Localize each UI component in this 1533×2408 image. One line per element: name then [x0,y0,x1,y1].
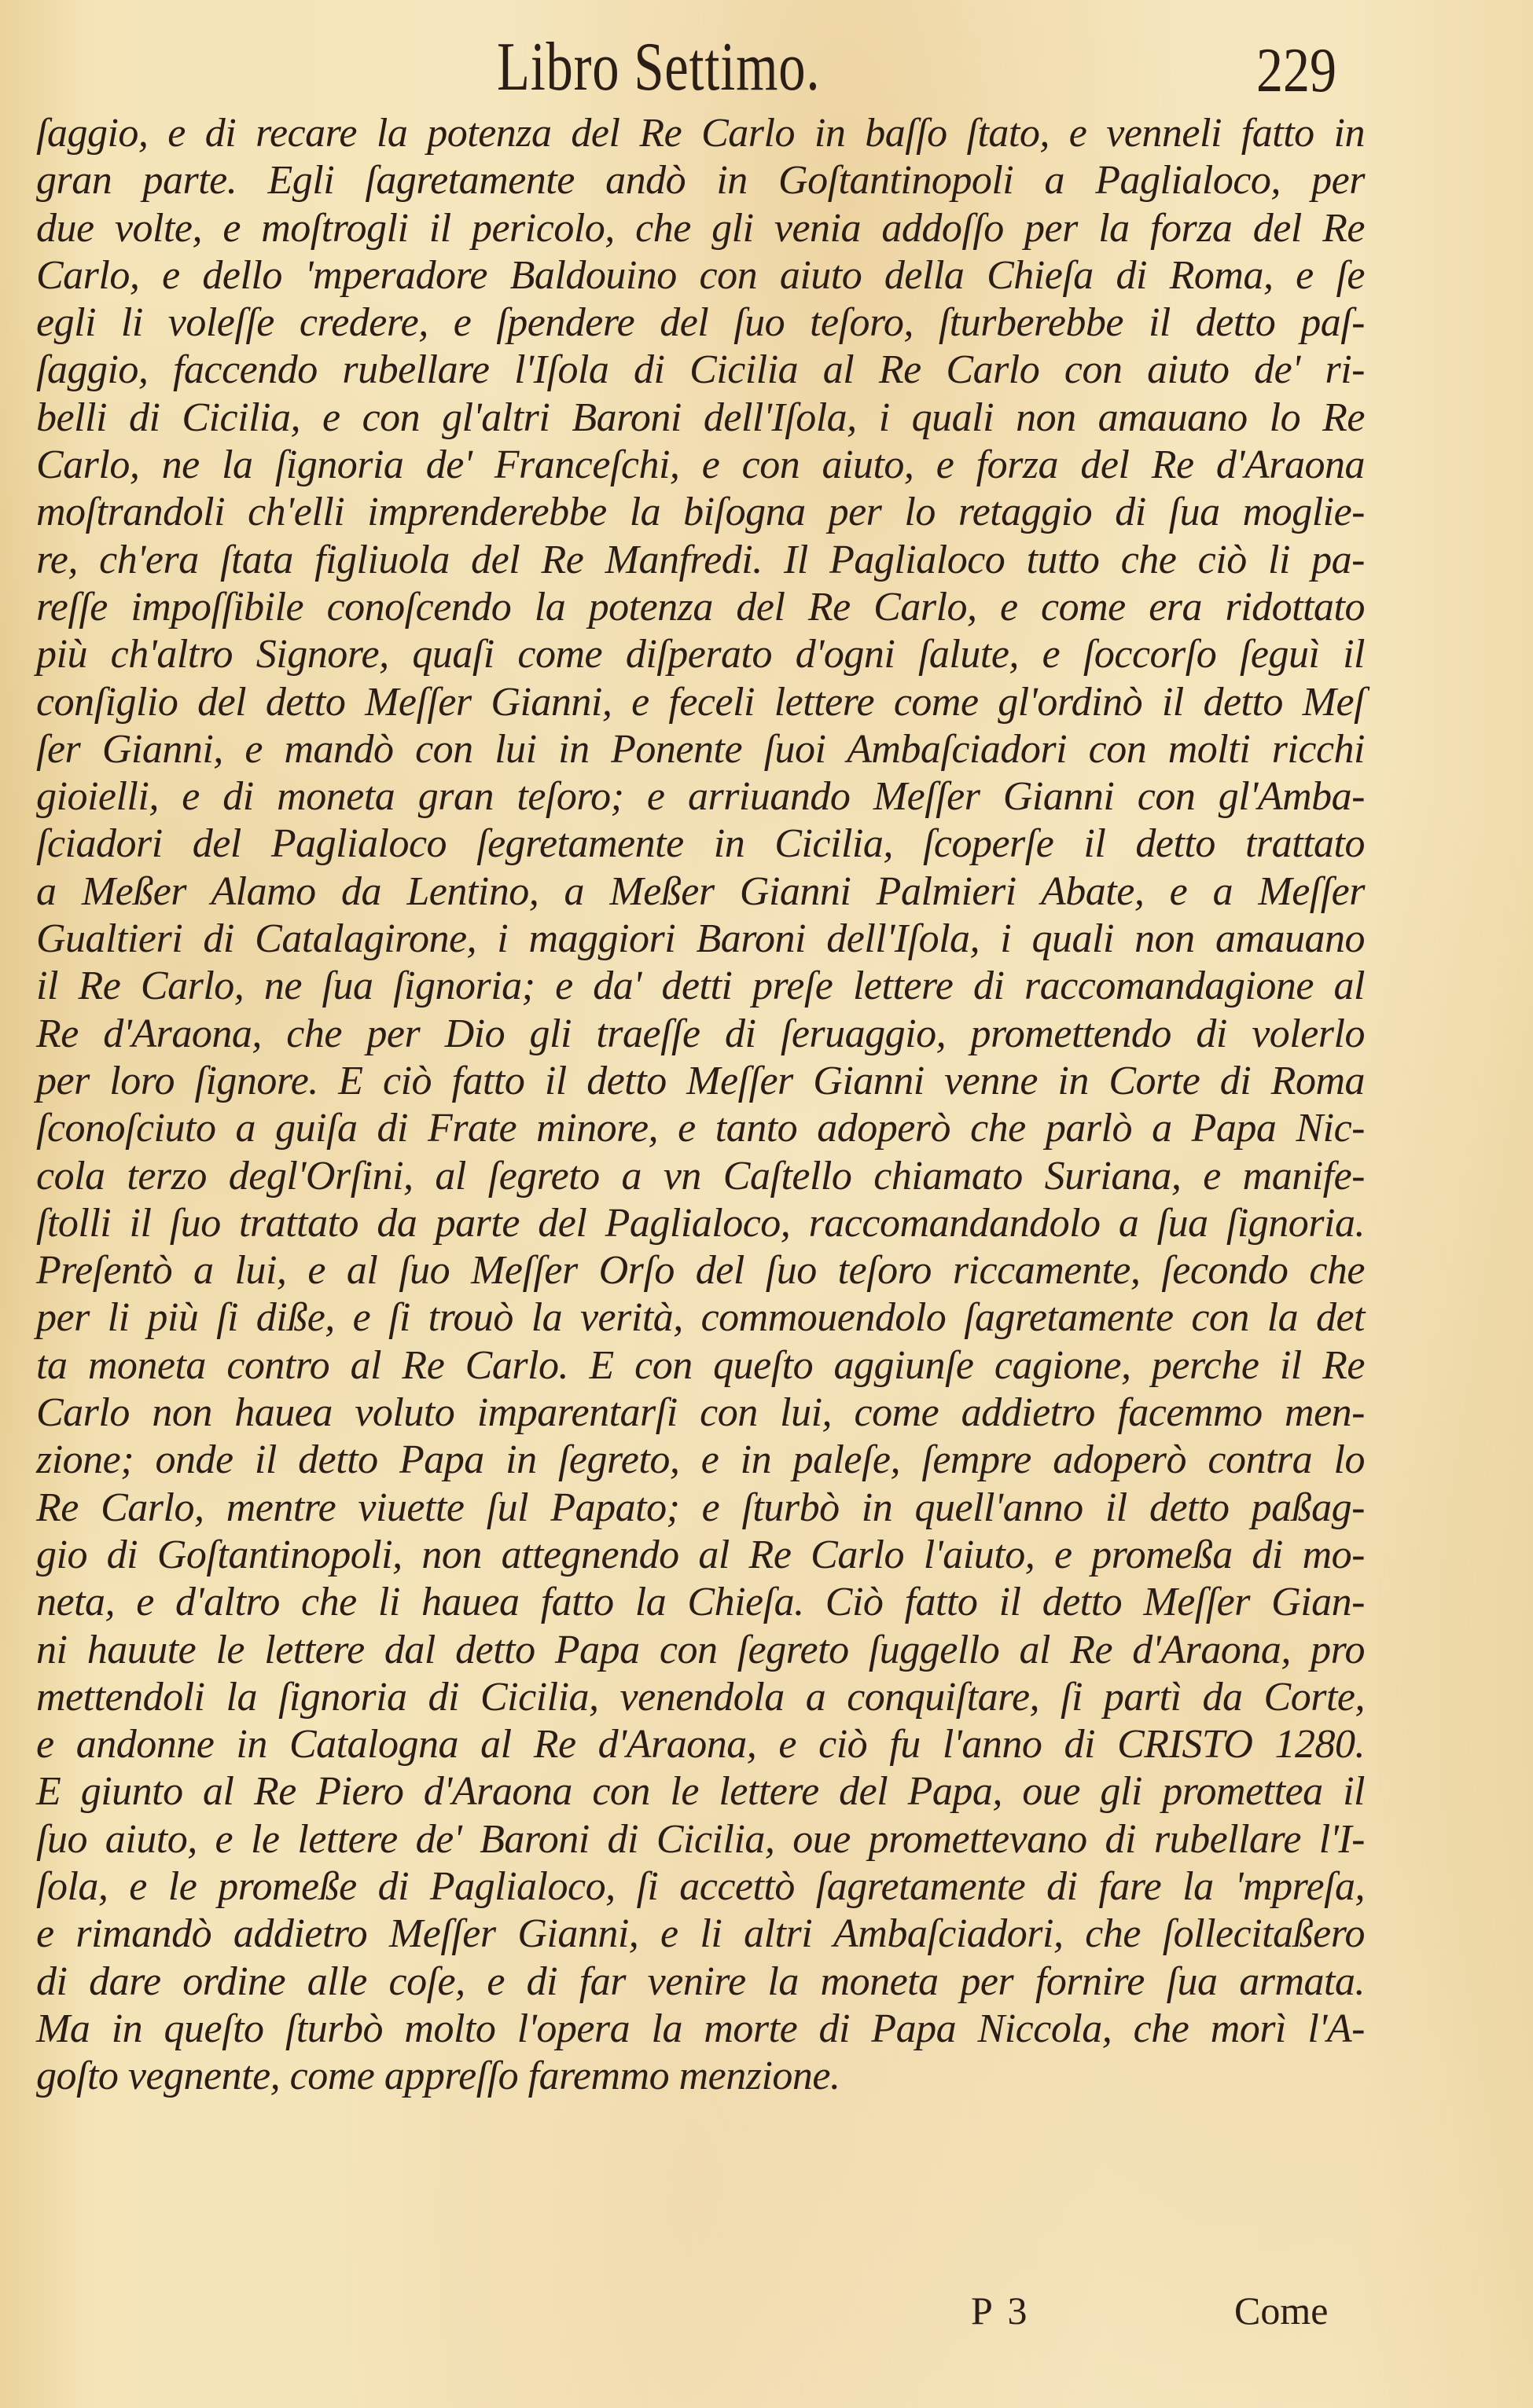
signature-mark: P 3 [971,2283,1030,2338]
text-line: per li più ſi diße, e ſi trouò la verità… [36,1294,1365,1342]
text-line: zione; onde il detto Papa in ſegreto, e … [36,1437,1365,1484]
text-line: gran parte. Egli ſagretamente andò in Go… [36,157,1365,204]
text-line: ta moneta contro al Re Carlo. E con queſ… [36,1342,1365,1389]
text-line: neta, e d'altro che li hauea fatto la Ch… [36,1579,1365,1626]
text-line: due volte, e moſtrogli il pericolo, che … [36,205,1365,252]
text-line: e andonne in Catalogna al Re d'Araona, e… [36,1721,1365,1768]
text-line: gio di Goſtantinopoli, non attegnendo al… [36,1532,1365,1579]
running-head: Libro Settimo. 229 [0,24,1533,110]
page-number: 229 [1256,31,1336,110]
text-line: Re Carlo, mentre viuette ſul Papato; e ſ… [36,1485,1365,1532]
text-line: ſaggio, faccendo rubellare l'Iſola di Ci… [36,347,1365,394]
text-line: Carlo, e dello 'mperadore Baldouino con … [36,252,1365,299]
text-line: Carlo non hauea voluto imparentarſi con … [36,1389,1365,1437]
text-line: gioielli, e di moneta gran teſoro; e arr… [36,773,1365,820]
page-footer: P 3 Come [0,2283,1533,2346]
text-line: Carlo, ne la ſignoria de' Franceſchi, e … [36,442,1365,489]
text-line: ſer Gianni, e mandò con lui in Ponente ſ… [36,726,1365,773]
text-line: a Meßer Alamo da Lentino, a Meßer Gianni… [36,868,1365,916]
book-page: Libro Settimo. 229 ſaggio, e di recare l… [0,0,1533,2408]
text-line: moſtrandoli ch'elli imprenderebbe la biſ… [36,489,1365,536]
text-line-final: goſto vegnente, come appreſſo faremmo me… [36,2053,1365,2100]
body-text: ſaggio, e di recare la potenza del Re Ca… [36,110,1365,2100]
text-line: ſola, e le promeße di Paglialoco, ſi acc… [36,1863,1365,1911]
text-line: per loro ſignore. E ciò fatto il detto M… [36,1058,1365,1105]
catchword: Come [1234,2283,1328,2338]
text-line: più ch'altro Signore, quaſi come diſpera… [36,631,1365,678]
text-line: Re d'Araona, che per Dio gli traeſſe di … [36,1011,1365,1058]
text-line: il Re Carlo, ne ſua ſignoria; e da' dett… [36,963,1365,1010]
chapter-title: Libro Settimo. [497,28,820,107]
text-line: belli di Cicilia, e con gl'altri Baroni … [36,395,1365,442]
text-line: ſconoſciuto a guiſa di Frate minore, e t… [36,1105,1365,1152]
text-line: ſuo aiuto, e le lettere de' Baroni di Ci… [36,1816,1365,1863]
text-line: conſiglio del detto Meſſer Gianni, e fec… [36,679,1365,726]
text-line: ſtolli il ſuo trattato da parte del Pagl… [36,1200,1365,1247]
text-line: ſciadori del Paglialoco ſegretamente in … [36,820,1365,868]
text-line: ſaggio, e di recare la potenza del Re Ca… [36,110,1365,157]
text-line: Gualtieri di Catalagirone, i maggiori Ba… [36,916,1365,963]
text-line: mettendoli la ſignoria di Cicilia, venen… [36,1674,1365,1721]
text-line: e rimandò addietro Meſſer Gianni, e li a… [36,1911,1365,1958]
text-line: re, ch'era ſtata figliuola del Re Manfre… [36,537,1365,584]
text-line: di dare ordine alle coſe, e di far venir… [36,1958,1365,2006]
text-line: Preſentò a lui, e al ſuo Meſſer Orſo del… [36,1247,1365,1294]
text-line: egli li voleſſe credere, e ſpendere del … [36,299,1365,347]
text-line: ni hauute le lettere dal detto Papa con … [36,1627,1365,1674]
text-line: cola terzo degl'Orſini, al ſegreto a vn … [36,1153,1365,1200]
text-line: reſſe impoſſibile conoſcendo la potenza … [36,584,1365,631]
text-line: Ma in queſto ſturbò molto l'opera la mor… [36,2006,1365,2053]
text-line: E giunto al Re Piero d'Araona con le let… [36,1768,1365,1815]
